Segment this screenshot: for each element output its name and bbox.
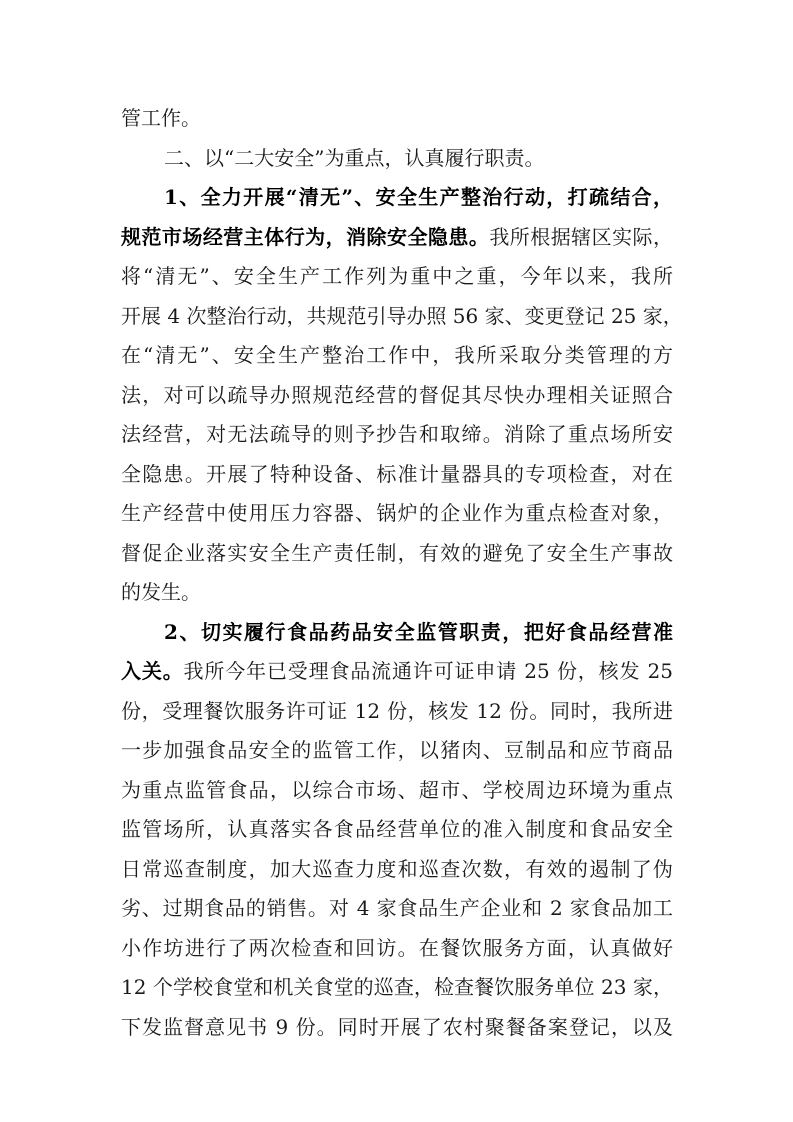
heading-text-bold: 入关。 [121,659,184,683]
line-text: 下发监督意见书 9 份。同时开展了农村聚餐备案登记，以及 [121,1015,673,1039]
text-line: 督促企业落实安全生产责任制，有效的避免了安全生产事故 [121,533,673,573]
text-line: 法经营，对无法疏导的则予抄告和取缔。消除了重点场所安 [121,414,673,454]
line-text: 日常巡查制度，加大巡查力度和巡查次数，有效的遏制了伪 [121,857,673,881]
text-line: 法，对可以疏导办照规范经营的督促其尽快办理相关证照合 [121,375,673,415]
subsection-heading: 2、切实履行食品药品安全监管职责，把好食品经营准 [164,612,673,652]
line-text: 督促企业落实安全生产责任制，有效的避免了安全生产事故 [121,541,673,565]
text-line: 全隐患。开展了特种设备、标准计量器具的专项检查，对在 [121,454,673,494]
text-line: 份，受理餐饮服务许可证 12 份，核发 12 份。同时，我所进 [121,691,673,731]
text-line: 监管场所，认真落实各食品经营单位的准入制度和食品安全 [121,809,673,849]
text-line: 将“清无”、安全生产工作列为重中之重，今年以来，我所 [121,256,673,296]
text-line: 在“清无”、安全生产整治工作中，我所采取分类管理的方 [121,335,673,375]
line-text: 的发生。 [121,580,201,604]
line-text: 开展 4 次整治行动，共规范引导办照 56 家、变更登记 25 家， [121,304,683,328]
text-line: 规范市场经营主体行为，消除安全隐患。我所根据辖区实际， [121,217,673,257]
text-line: 为重点监管食品，以综合市场、超市、学校周边环境为重点 [121,770,673,810]
heading-text-bold: 规范市场经营主体行为，消除安全隐患。 [121,225,489,249]
line-text: 监管场所，认真落实各食品经营单位的准入制度和食品安全 [121,817,673,841]
line-text: 我所根据辖区实际， [489,225,673,249]
line-text: 生产经营中使用压力容器、锅炉的企业作为重点检查对象， [121,501,673,525]
text-line: 日常巡查制度，加大巡查力度和巡查次数，有效的遏制了伪 [121,849,673,889]
text-line: 生产经营中使用压力容器、锅炉的企业作为重点检查对象， [121,493,673,533]
text-line: 入关。我所今年已受理食品流通许可证申请 25 份，核发 25 [121,651,673,691]
document-page: 管工作。 二、以“二大安全”为重点，认真履行职责。 1、全力开展“清无”、安全生… [0,0,793,1122]
line-text: 管工作。 [121,106,201,130]
text-line: 劣、过期食品的销售。对 4 家食品生产企业和 2 家食品加工 [121,888,673,928]
text-line: 管工作。 [121,98,673,138]
line-text: 份，受理餐饮服务许可证 12 份，核发 12 份。同时，我所进 [121,699,673,723]
text-line: 的发生。 [121,572,673,612]
text-line: 一步加强食品安全的监管工作，以猪肉、豆制品和应节商品 [121,730,673,770]
heading-text: 1、全力开展“清无”、安全生产整治行动，打疏结合， [164,185,673,209]
line-text: 劣、过期食品的销售。对 4 家食品生产企业和 2 家食品加工 [121,896,673,920]
line-text: 法，对可以疏导办照规范经营的督促其尽快办理相关证照合 [121,383,673,407]
section-heading: 二、以“二大安全”为重点，认真履行职责。 [164,138,673,178]
line-text: 我所今年已受理食品流通许可证申请 25 份，核发 25 [184,659,673,683]
line-text: 在“清无”、安全生产整治工作中，我所采取分类管理的方 [121,343,673,367]
line-text: 12 个学校食堂和机关食堂的巡查，检查餐饮服务单位 23 家， [121,975,673,999]
subsection-heading: 1、全力开展“清无”、安全生产整治行动，打疏结合， [164,177,673,217]
line-text: 一步加强食品安全的监管工作，以猪肉、豆制品和应节商品 [121,738,673,762]
text-line: 开展 4 次整治行动，共规范引导办照 56 家、变更登记 25 家， [121,296,673,336]
text-line: 12 个学校食堂和机关食堂的巡查，检查餐饮服务单位 23 家， [121,967,673,1007]
text-line: 下发监督意见书 9 份。同时开展了农村聚餐备案登记，以及 [121,1007,673,1047]
line-text: 法经营，对无法疏导的则予抄告和取缔。消除了重点场所安 [121,422,673,446]
line-text: 将“清无”、安全生产工作列为重中之重，今年以来，我所 [121,264,673,288]
line-text: 为重点监管食品，以综合市场、超市、学校周边环境为重点 [121,778,673,802]
line-text: 全隐患。开展了特种设备、标准计量器具的专项检查，对在 [121,462,673,486]
heading-text: 2、切实履行食品药品安全监管职责，把好食品经营准 [164,620,673,644]
line-text: 小作坊进行了两次检查和回访。在餐饮服务方面，认真做好 [121,936,673,960]
text-line: 小作坊进行了两次检查和回访。在餐饮服务方面，认真做好 [121,928,673,968]
heading-text: 二、以“二大安全”为重点，认真履行职责。 [164,146,544,170]
